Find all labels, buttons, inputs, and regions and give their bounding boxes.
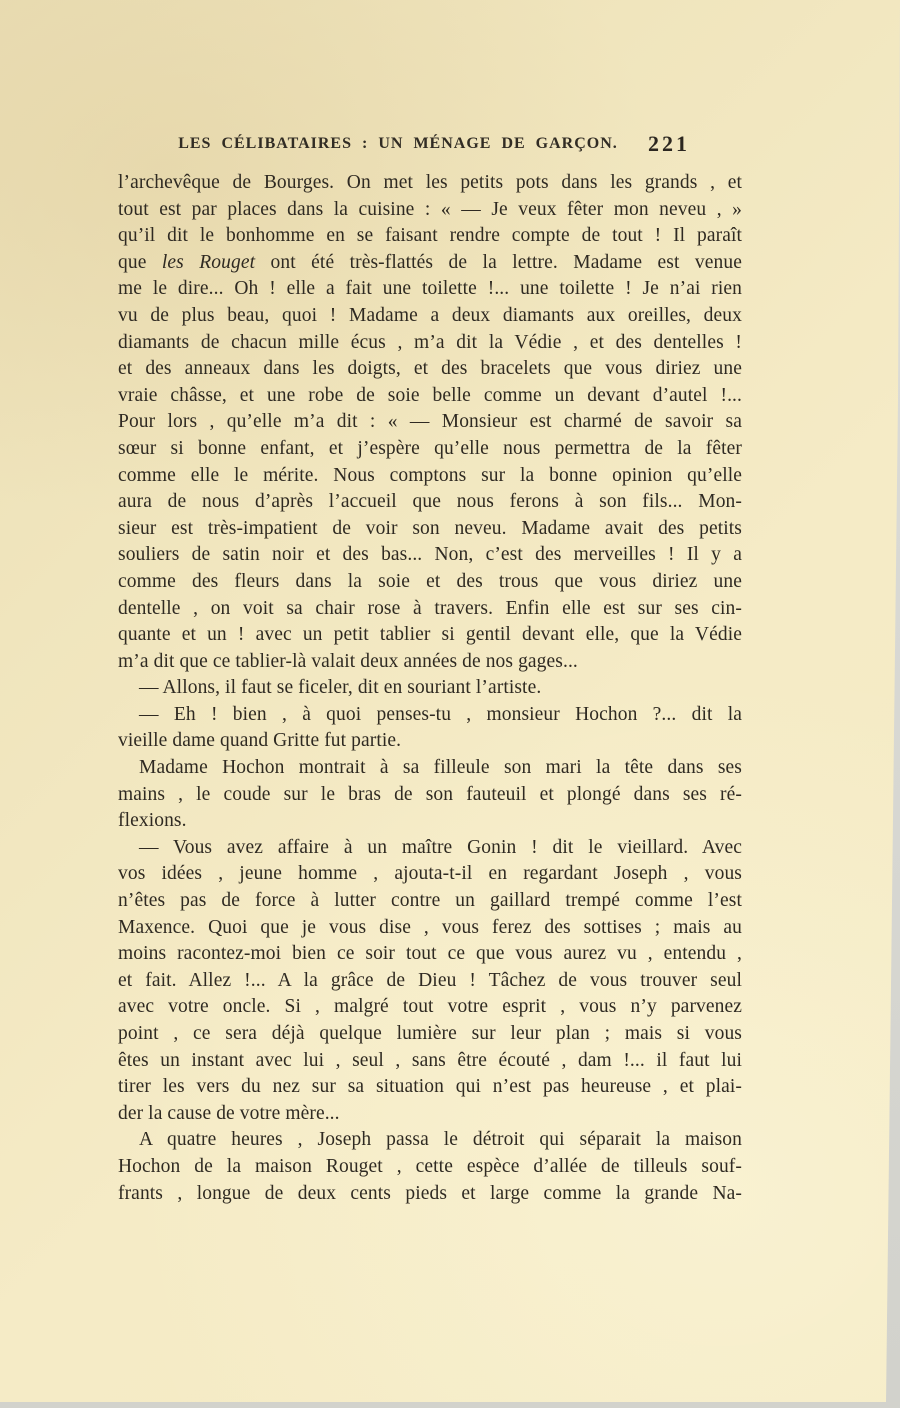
text-segment: aura de nous d’après l’accueil que nous … (118, 491, 742, 512)
text-line: vu de plus beau, quoi ! Madame a deux di… (118, 303, 742, 330)
text-line: êtes un instant avec lui , seul , sans ê… (118, 1048, 742, 1075)
text-line: aura de nous d’après l’accueil que nous … (118, 489, 742, 516)
text-segment: comme des fleurs dans la soie et des tro… (118, 571, 742, 592)
text-segment: frants , longue de deux cents pieds et l… (118, 1183, 742, 1204)
text-line: l’archevêque de Bourges. On met les peti… (118, 170, 742, 197)
scan-background: LES CÉLIBATAIRES : UN MÉNAGE DE GARÇON. … (0, 0, 900, 1408)
text-line: Pour lors , qu’elle m’a dit : « — Monsie… (118, 409, 742, 436)
text-segment: dentelle , on voit sa chair rose à trave… (118, 598, 742, 619)
text-line: tout est par places dans la cuisine : « … (118, 197, 742, 224)
text-line: — Eh ! bien , à quoi penses-tu , monsieu… (118, 702, 742, 729)
text-block: l’archevêque de Bourges. On met les peti… (118, 170, 742, 1207)
text-line: A quatre heures , Joseph passa le détroi… (118, 1127, 742, 1154)
text-segment: tout est par places dans la cuisine : « … (118, 199, 742, 220)
text-segment: Maxence. Quoi que je vous dise , vous fe… (118, 917, 742, 938)
text-segment: et fait. Allez !... A la grâce de Dieu !… (118, 970, 742, 991)
text-segment: Hochon de la maison Rouget , cette espèc… (118, 1156, 742, 1177)
text-segment: qu’il dit le bonhomme en se faisant rend… (118, 225, 742, 246)
text-line: me le dire... Oh ! elle a fait une toile… (118, 276, 742, 303)
text-segment: l’archevêque de Bourges. On met les peti… (118, 172, 742, 193)
italic-text-segment: les Rouget (162, 252, 255, 273)
text-line: que les Rouget ont été très-flattés de l… (118, 250, 742, 277)
text-line: vieille dame quand Gritte fut partie. (118, 728, 742, 755)
text-segment: vieille dame quand Gritte fut partie. (118, 730, 401, 751)
running-header: LES CÉLIBATAIRES : UN MÉNAGE DE GARÇON. … (118, 131, 742, 157)
text-line: der la cause de votre mère... (118, 1101, 742, 1128)
text-line: point , ce sera déjà quelque lumière sur… (118, 1021, 742, 1048)
text-line: comme des fleurs dans la soie et des tro… (118, 569, 742, 596)
text-line: vos idées , jeune homme , ajouta-t-il en… (118, 861, 742, 888)
text-line: comme elle le mérite. Nous comptons sur … (118, 463, 742, 490)
text-line: Hochon de la maison Rouget , cette espèc… (118, 1154, 742, 1181)
text-line: et des anneaux dans les doigts, et des b… (118, 356, 742, 383)
text-line: souliers de satin noir et des bas... Non… (118, 542, 742, 569)
text-line: dentelle , on voit sa chair rose à trave… (118, 596, 742, 623)
text-segment: — Allons, il faut se ficeler, dit en sou… (139, 677, 541, 698)
text-line: avec votre oncle. Si , malgré tout votre… (118, 994, 742, 1021)
text-line: Maxence. Quoi que je vous dise , vous fe… (118, 915, 742, 942)
text-segment: souliers de satin noir et des bas... Non… (118, 544, 742, 565)
text-line: mains , le coude sur le bras de son faut… (118, 782, 742, 809)
text-segment: n’êtes pas de force à lutter contre un g… (118, 890, 742, 911)
text-segment: A quatre heures , Joseph passa le détroi… (139, 1129, 742, 1150)
text-segment: avec votre oncle. Si , malgré tout votre… (118, 996, 742, 1017)
text-line: — Allons, il faut se ficeler, dit en sou… (118, 675, 742, 702)
book-page: LES CÉLIBATAIRES : UN MÉNAGE DE GARÇON. … (0, 0, 900, 1402)
text-segment: quante et un ! avec un petit tablier si … (118, 624, 742, 645)
text-line: frants , longue de deux cents pieds et l… (118, 1181, 742, 1208)
page-number: 221 (647, 131, 742, 157)
text-line: diamants de chacun mille écus , m’a dit … (118, 330, 742, 357)
text-line: tirer les vers du nez sur sa situation q… (118, 1074, 742, 1101)
text-line: — Vous avez affaire à un maître Gonin ! … (118, 835, 742, 862)
text-line: Madame Hochon montrait à sa filleule son… (118, 755, 742, 782)
text-segment: vu de plus beau, quoi ! Madame a deux di… (118, 305, 742, 326)
text-segment: Pour lors , qu’elle m’a dit : « — Monsie… (118, 411, 742, 432)
text-line: moins racontez-moi bien ce soir tout ce … (118, 941, 742, 968)
text-line: m’a dit que ce tablier-là valait deux an… (118, 649, 742, 676)
text-segment: que (118, 252, 162, 273)
text-segment: m’a dit que ce tablier-là valait deux an… (118, 651, 578, 672)
text-line: sieur est très-impatient de voir son nev… (118, 516, 742, 543)
text-segment: tirer les vers du nez sur sa situation q… (118, 1076, 742, 1097)
text-segment: vraie châsse, et une robe de soie belle … (118, 385, 742, 406)
text-segment: ont été très-flattés de la lettre. Madam… (255, 252, 742, 273)
text-segment: comme elle le mérite. Nous comptons sur … (118, 465, 742, 486)
text-segment: — Eh ! bien , à quoi penses-tu , monsieu… (139, 704, 742, 725)
text-segment: flexions. (118, 810, 187, 831)
text-segment: diamants de chacun mille écus , m’a dit … (118, 332, 742, 353)
text-line: et fait. Allez !... A la grâce de Dieu !… (118, 968, 742, 995)
text-line: sœur si bonne enfant, et j’espère qu’ell… (118, 436, 742, 463)
text-segment: der la cause de votre mère... (118, 1103, 340, 1124)
text-segment: point , ce sera déjà quelque lumière sur… (118, 1023, 742, 1044)
text-segment: sieur est très-impatient de voir son nev… (118, 518, 742, 539)
running-header-title: LES CÉLIBATAIRES : UN MÉNAGE DE GARÇON. (118, 135, 678, 153)
text-segment: me le dire... Oh ! elle a fait une toile… (118, 278, 742, 299)
text-segment: êtes un instant avec lui , seul , sans ê… (118, 1050, 742, 1071)
text-line: quante et un ! avec un petit tablier si … (118, 622, 742, 649)
text-line: n’êtes pas de force à lutter contre un g… (118, 888, 742, 915)
text-segment: et des anneaux dans les doigts, et des b… (118, 358, 742, 379)
text-segment: vos idées , jeune homme , ajouta-t-il en… (118, 863, 742, 884)
text-segment: mains , le coude sur le bras de son faut… (118, 784, 742, 805)
text-line: vraie châsse, et une robe de soie belle … (118, 383, 742, 410)
text-segment: — Vous avez affaire à un maître Gonin ! … (139, 837, 742, 858)
text-segment: Madame Hochon montrait à sa filleule son… (139, 757, 742, 778)
text-line: flexions. (118, 808, 742, 835)
text-line: qu’il dit le bonhomme en se faisant rend… (118, 223, 742, 250)
text-segment: moins racontez-moi bien ce soir tout ce … (118, 943, 742, 964)
text-segment: sœur si bonne enfant, et j’espère qu’ell… (118, 438, 742, 459)
